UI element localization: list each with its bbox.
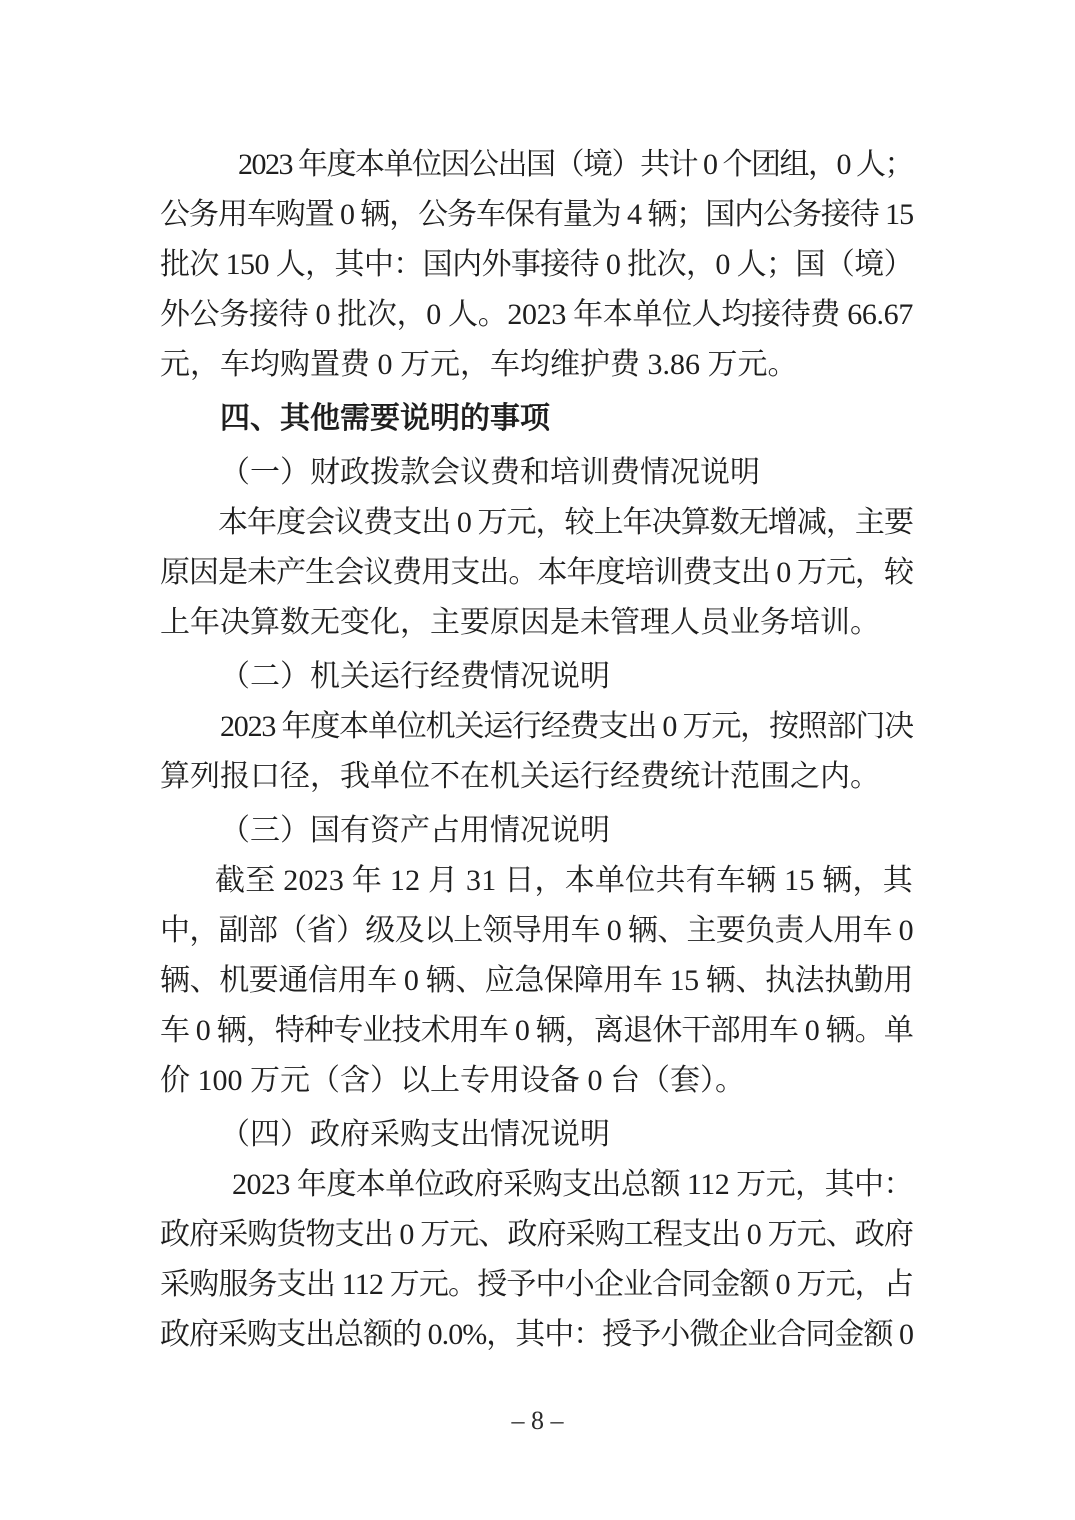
heading-block: （一）财政拨款会议费和培训费情况说明: [160, 448, 913, 498]
paragraph-line: 政府采购支出总额的 0.0%，其中：授予小微企业合同金额 0: [160, 1310, 913, 1360]
paragraph-line: 车 0 辆，特种专业技术用车 0 辆，离退休干部用车 0 辆。单: [160, 1006, 913, 1056]
heading-block: （四）政府采购支出情况说明: [160, 1110, 913, 1160]
paragraph-line: 采购服务支出 112 万元。授予中小企业合同金额 0 万元，占: [160, 1260, 913, 1310]
paragraph-line: 本年度会议费支出 0 万元，较上年决算数无增减，主要: [160, 498, 913, 548]
paragraph: 截至 2023 年 12 月 31 日，本单位共有车辆 15 辆，其中，副部（省…: [160, 856, 913, 1106]
paragraph: 2023 年度本单位机关运行经费支出 0 万元，按照部门决算列报口径，我单位不在…: [160, 702, 913, 802]
subsection-heading: （一）财政拨款会议费和培训费情况说明: [160, 448, 913, 498]
paragraph: 2023 年度本单位因公出国（境）共计 0 个团组，0 人；公务用车购置 0 辆…: [160, 140, 913, 390]
document-page: 2023 年度本单位因公出国（境）共计 0 个团组，0 人；公务用车购置 0 辆…: [0, 0, 1075, 1520]
paragraph-line: 原因是未产生会议费用支出。本年度培训费支出 0 万元，较: [160, 548, 913, 598]
section-heading: 四、其他需要说明的事项: [160, 394, 913, 444]
paragraph-line: 公务用车购置 0 辆，公务车保有量为 4 辆；国内公务接待 15: [160, 190, 913, 240]
heading-block: （三）国有资产占用情况说明: [160, 806, 913, 856]
paragraph-line: 2023 年度本单位政府采购支出总额 112 万元，其中：: [160, 1160, 913, 1210]
paragraph-line: 元，车均购置费 0 万元，车均维护费 3.86 万元。: [160, 340, 913, 390]
paragraph-line: 价 100 万元（含）以上专用设备 0 台（套）。: [160, 1056, 913, 1106]
page-number: – 8 –: [0, 1406, 1075, 1436]
paragraph-line: 2023 年度本单位机关运行经费支出 0 万元，按照部门决: [160, 702, 913, 752]
subsection-heading: （二）机关运行经费情况说明: [160, 652, 913, 702]
paragraph: 2023 年度本单位政府采购支出总额 112 万元，其中：政府采购货物支出 0 …: [160, 1160, 913, 1360]
paragraph: 本年度会议费支出 0 万元，较上年决算数无增减，主要原因是未产生会议费用支出。本…: [160, 498, 913, 648]
paragraph-line: 政府采购货物支出 0 万元、政府采购工程支出 0 万元、政府: [160, 1210, 913, 1260]
document-body: 2023 年度本单位因公出国（境）共计 0 个团组，0 人；公务用车购置 0 辆…: [160, 140, 913, 1360]
paragraph-line: 2023 年度本单位因公出国（境）共计 0 个团组，0 人；: [160, 140, 913, 190]
paragraph-line: 算列报口径，我单位不在机关运行经费统计范围之内。: [160, 752, 913, 802]
paragraph-line: 批次 150 人，其中：国内外事接待 0 批次，0 人；国（境）: [160, 240, 913, 290]
subsection-heading: （四）政府采购支出情况说明: [160, 1110, 913, 1160]
heading-block: （二）机关运行经费情况说明: [160, 652, 913, 702]
paragraph-line: 中，副部（省）级及以上领导用车 0 辆、主要负责人用车 0: [160, 906, 913, 956]
paragraph-line: 上年决算数无变化，主要原因是未管理人员业务培训。: [160, 598, 913, 648]
paragraph-line: 外公务接待 0 批次，0 人。2023 年本单位人均接待费 66.67: [160, 290, 913, 340]
paragraph-line: 辆、机要通信用车 0 辆、应急保障用车 15 辆、执法执勤用: [160, 956, 913, 1006]
heading-block: 四、其他需要说明的事项: [160, 394, 913, 444]
paragraph-line: 截至 2023 年 12 月 31 日，本单位共有车辆 15 辆，其: [160, 856, 913, 906]
subsection-heading: （三）国有资产占用情况说明: [160, 806, 913, 856]
